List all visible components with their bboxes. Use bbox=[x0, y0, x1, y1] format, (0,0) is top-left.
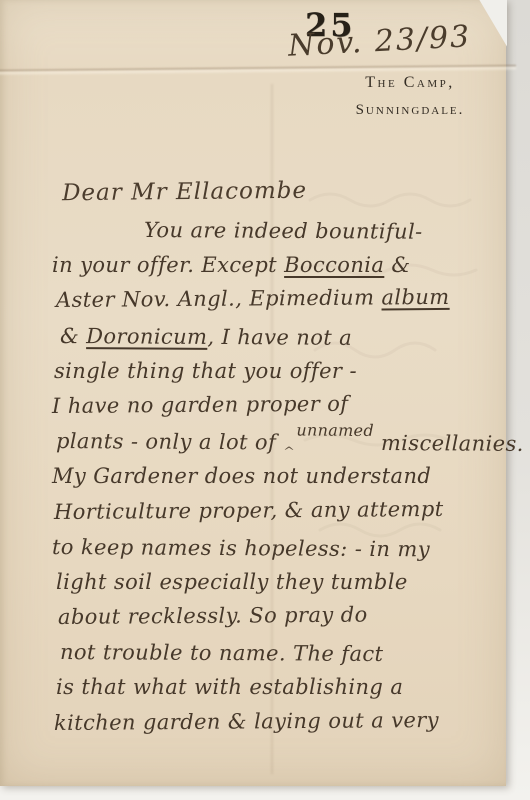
handwritten-line: My Gardener does not understand bbox=[52, 459, 502, 494]
underlined-word: Doronicum bbox=[86, 324, 207, 349]
handwritten-line: light soil especially they tumble bbox=[56, 565, 502, 600]
underlined-word: Bocconia bbox=[284, 253, 384, 277]
handwritten-line: kitchen garden & laying out a very bbox=[54, 702, 502, 741]
handwritten-line: to keep names is hopeless: - in my bbox=[52, 530, 502, 568]
scanned-letter: 25 Nov. 23/93 The Camp, Sunningdale. Dea… bbox=[0, 0, 530, 800]
handwritten-text: plants - only a lot of bbox=[56, 429, 283, 454]
handwritten-text: not trouble to name. The fact bbox=[60, 640, 384, 666]
handwritten-line: in your offer. Except Bocconia & bbox=[52, 248, 502, 283]
handwritten-text: Horticulture proper, & any attempt bbox=[54, 496, 444, 523]
handwritten-text: miscellanies. bbox=[374, 431, 524, 456]
handwritten-line: is that what with establishing a bbox=[56, 670, 502, 705]
letter-paper: 25 Nov. 23/93 The Camp, Sunningdale. Dea… bbox=[0, 0, 506, 786]
handwritten-text: You are indeed bountiful- bbox=[144, 218, 423, 244]
handwritten-line: Horticulture proper, & any attempt bbox=[54, 491, 502, 530]
handwritten-text: , I have not a bbox=[207, 324, 352, 349]
handwritten-line: Aster Nov. Angl., Epimedium album bbox=[56, 280, 502, 319]
torn-corner bbox=[475, 0, 507, 53]
letterhead: The Camp, Sunningdale. bbox=[348, 74, 472, 119]
letterhead-line-2: Sunningdale. bbox=[348, 102, 472, 119]
insertion-caret: ^ bbox=[283, 438, 295, 466]
handwritten-line: single thing that you offer - bbox=[54, 354, 502, 389]
handwritten-line: not trouble to name. The fact bbox=[60, 635, 502, 673]
handwritten-line: You are indeed bountiful- bbox=[144, 213, 502, 250]
letter-body: You are indeed bountiful-in your offer. … bbox=[52, 213, 502, 741]
handwritten-text: in your offer. Except bbox=[52, 253, 284, 277]
handwritten-line: about recklessly. So pray do bbox=[58, 597, 502, 636]
handwritten-text: & bbox=[384, 253, 410, 277]
inserted-word: unnamed bbox=[296, 413, 374, 449]
handwritten-line: plants - only a lot of ^unnamed miscella… bbox=[56, 424, 502, 462]
underlined-word: album bbox=[381, 285, 449, 310]
handwritten-text: & bbox=[60, 324, 86, 348]
handwritten-text: kitchen garden & laying out a very bbox=[54, 708, 439, 735]
handwritten-text: is that what with establishing a bbox=[56, 675, 403, 699]
letterhead-line-1: The Camp, bbox=[348, 74, 472, 92]
handwritten-line: & Doronicum, I have not a bbox=[60, 319, 502, 357]
handwritten-text: light soil especially they tumble bbox=[56, 570, 408, 594]
salutation: Dear Mr Ellacombe bbox=[62, 178, 307, 207]
handwritten-text: to keep names is hopeless: - in my bbox=[52, 535, 430, 561]
handwritten-text: My Gardener does not understand bbox=[52, 464, 431, 488]
handwritten-text: about recklessly. So pray do bbox=[58, 603, 368, 629]
handwritten-text: Aster Nov. Angl., Epimedium bbox=[56, 286, 382, 313]
handwritten-line: I have no garden proper of bbox=[52, 385, 502, 424]
handwritten-text: single thing that you offer - bbox=[54, 359, 357, 383]
